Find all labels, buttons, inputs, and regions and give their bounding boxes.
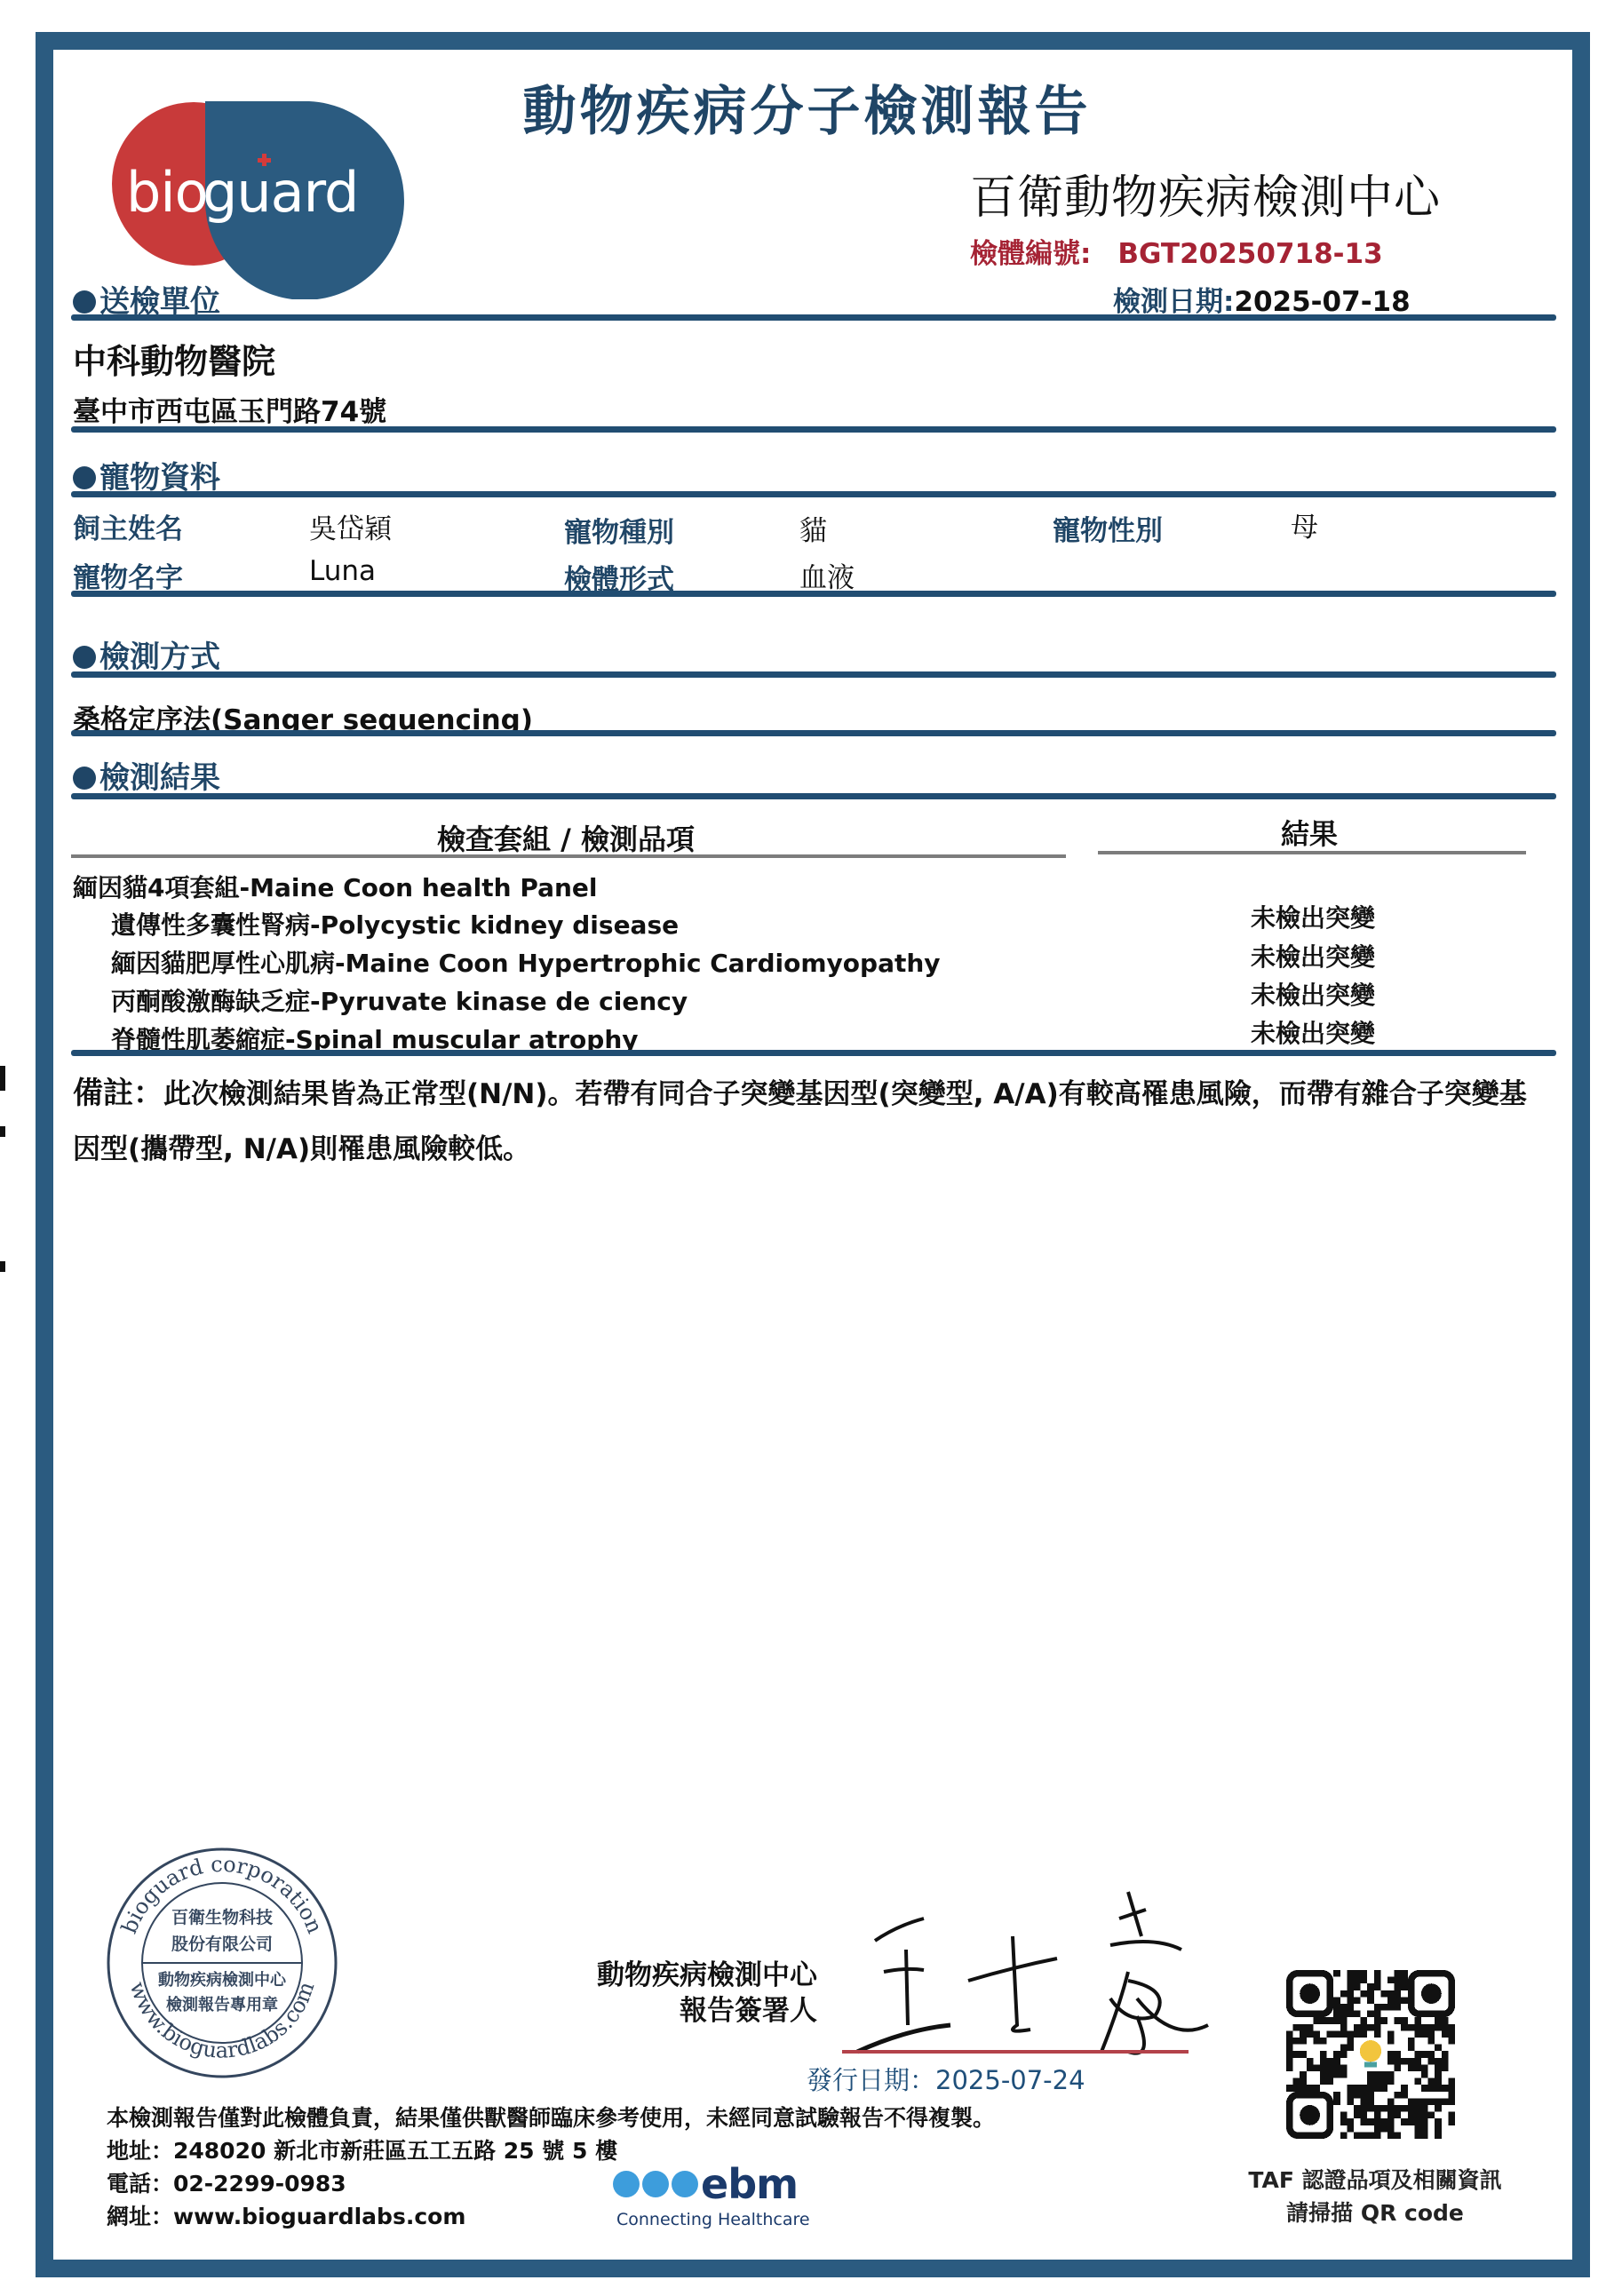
pet-sex-label: 寵物性別 [1053, 508, 1163, 548]
table-row-result: 未檢出突變 [1251, 938, 1375, 973]
bullet-icon [73, 290, 96, 314]
divider [71, 671, 1556, 678]
specimen-id: BGT20250718-13 [1117, 238, 1382, 270]
divider [71, 426, 1556, 433]
table-row-result: 未檢出突變 [1251, 899, 1375, 934]
bullet-icon [73, 767, 96, 790]
issue-date-label: 發行日期： [807, 2065, 935, 2095]
company-phone: 電話：02-2299-0983 [107, 2167, 995, 2200]
edge-mark [0, 1261, 5, 1272]
svg-text:股份有限公司: 股份有限公司 [171, 1934, 273, 1954]
footer-info: 本檢測報告僅對此檢體負責，結果僅供獸醫師臨床參考使用，未經同意試驗報告不得複製。… [107, 2101, 995, 2233]
edge-mark [0, 1126, 5, 1137]
divider [71, 314, 1556, 321]
column-header-result: 結果 [1281, 812, 1338, 853]
qr-caption: TAF 認證品項及相關資訊 請掃描 QR code [1224, 2164, 1526, 2229]
table-row-item: 丙酮酸激酶缺乏症-Pyruvate kinase de ciency [111, 982, 688, 1018]
table-row-item: 緬因貓肥厚性心肌病-Maine Coon Hypertrophic Cardio… [111, 944, 941, 980]
qr-caption-line2: 請掃描 QR code [1224, 2197, 1526, 2229]
table-row-result: 未檢出突變 [1251, 976, 1375, 1012]
svg-text:動物疾病檢測中心: 動物疾病檢測中心 [158, 1970, 287, 1990]
svg-text:百衛生物科技: 百衛生物科技 [171, 1907, 273, 1927]
test-date: 檢測日期:2025-07-18 [1113, 279, 1411, 319]
svg-text:檢測報告專用章: 檢測報告專用章 [166, 1995, 278, 2014]
pet-name-value: Luna [309, 555, 376, 587]
disclaimer: 本檢測報告僅對此檢體負責，結果僅供獸醫師臨床參考使用，未經同意試驗報告不得複製。 [107, 2101, 995, 2134]
divider [71, 591, 1556, 597]
edge-mark [0, 1066, 5, 1091]
pet-sex-value: 母 [1291, 504, 1318, 544]
divider [71, 1050, 1556, 1056]
issue-date: 發行日期：2025-07-24 [807, 2061, 1085, 2097]
note: 備註：此次檢測結果皆為正常型(N/N)。若帶有同合子突變基因型(突變型, A/A… [73, 1066, 1547, 1177]
section-method-heading: 檢測方式 [73, 632, 220, 676]
ebm-dots-icon [613, 2175, 701, 2192]
signature-underline [842, 2050, 1189, 2054]
column-header-item: 檢查套組 / 檢測品項 [437, 817, 695, 858]
svg-text:guard: guard [203, 160, 358, 225]
section-pet-heading: 寵物資料 [73, 453, 220, 497]
clinic-name: 中科動物醫院 [73, 334, 275, 383]
handwritten-signature: 王士豪 [835, 1883, 1297, 2061]
signature-block: 動物疾病檢測中心 報告簽署人 [577, 1958, 817, 2029]
qr-code[interactable] [1286, 1970, 1455, 2139]
divider [71, 730, 1556, 736]
pet-species-label: 寵物種別 [564, 510, 674, 550]
table-row-item: 遺傳性多囊性腎病-Polycystic kidney disease [111, 906, 679, 941]
issue-date-value: 2025-07-24 [935, 2065, 1085, 2095]
bioguard-logo: bio guard [105, 99, 411, 299]
section-results-heading: 檢測結果 [73, 753, 220, 797]
ebm-tagline: Connecting Healthcare [616, 2210, 810, 2229]
panel-name: 緬因貓4項套組-Maine Coon health Panel [73, 869, 598, 904]
specimen-number: 檢體編號:BGT20250718-13 [970, 231, 1383, 271]
column-header-underline [71, 854, 1066, 858]
test-date-label: 檢測日期: [1113, 286, 1234, 318]
svg-text:bio: bio [126, 160, 208, 225]
clinic-address: 臺中市西屯區玉門路74號 [73, 389, 386, 429]
qr-caption-line1: TAF 認證品項及相關資訊 [1224, 2164, 1526, 2197]
divider [71, 491, 1556, 497]
center-name: 百衛動物疾病檢測中心 [970, 160, 1441, 226]
specimen-label: 檢體編號: [970, 238, 1091, 270]
signer-dept: 動物疾病檢測中心 [577, 1958, 817, 1993]
divider [71, 793, 1556, 799]
note-label: 備註： [73, 1076, 163, 1111]
ebm-logo: ebm Connecting Healthcare [613, 2160, 810, 2229]
bullet-icon [73, 646, 96, 669]
pet-species-value: 貓 [799, 508, 827, 548]
note-text: 此次檢測結果皆為正常型(N/N)。若帶有同合子突變基因型(突變型, A/A)有較… [73, 1078, 1527, 1165]
company-seal: bioguard corporation www.bioguardlabs.co… [102, 1843, 342, 2083]
svg-text:www.bioguardlabs.com: www.bioguardlabs.com [125, 1978, 320, 2062]
column-header-underline [1098, 851, 1526, 854]
bullet-icon [73, 466, 96, 489]
company-address: 地址：248020 新北市新莊區五工五路 25 號 5 樓 [107, 2134, 995, 2167]
table-row-result: 未檢出突變 [1251, 1014, 1375, 1050]
company-website[interactable]: 網址：www.bioguardlabs.com [107, 2200, 995, 2233]
test-date-value: 2025-07-18 [1234, 286, 1410, 318]
pet-name-label: 寵物名字 [73, 555, 183, 595]
signer-role: 報告簽署人 [577, 1993, 817, 2029]
specimen-type-value: 血液 [799, 555, 855, 595]
owner-name-value: 吳岱穎 [309, 506, 392, 546]
owner-name-label: 飼主姓名 [73, 506, 183, 546]
